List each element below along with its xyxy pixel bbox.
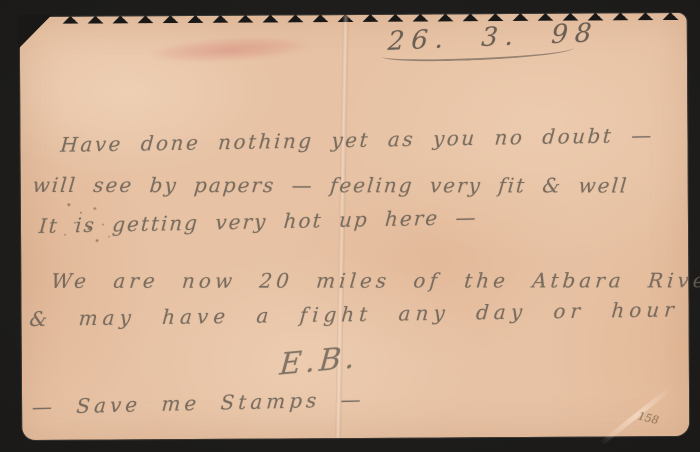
- corner-crease: [599, 386, 673, 446]
- message-line: will see by papers — feeling very fit & …: [32, 173, 630, 198]
- message-line: & may have a fight any day or hour: [29, 297, 680, 331]
- message-line: We are now 20 miles of the Atbara River: [50, 268, 700, 293]
- postscript-line: — Save me Stamps —: [31, 387, 365, 419]
- message-line: Have done nothing yet as you no doubt —: [60, 123, 655, 157]
- red-smudge: [144, 33, 315, 67]
- corner-pencil-mark: 158: [637, 409, 660, 427]
- clipped-corner: [18, 15, 52, 49]
- signature-initials: E.B.: [278, 340, 360, 383]
- photo-background: 26. 3. 98 Have done nothing yet as you n…: [0, 0, 700, 452]
- postcard: 26. 3. 98 Have done nothing yet as you n…: [20, 13, 690, 440]
